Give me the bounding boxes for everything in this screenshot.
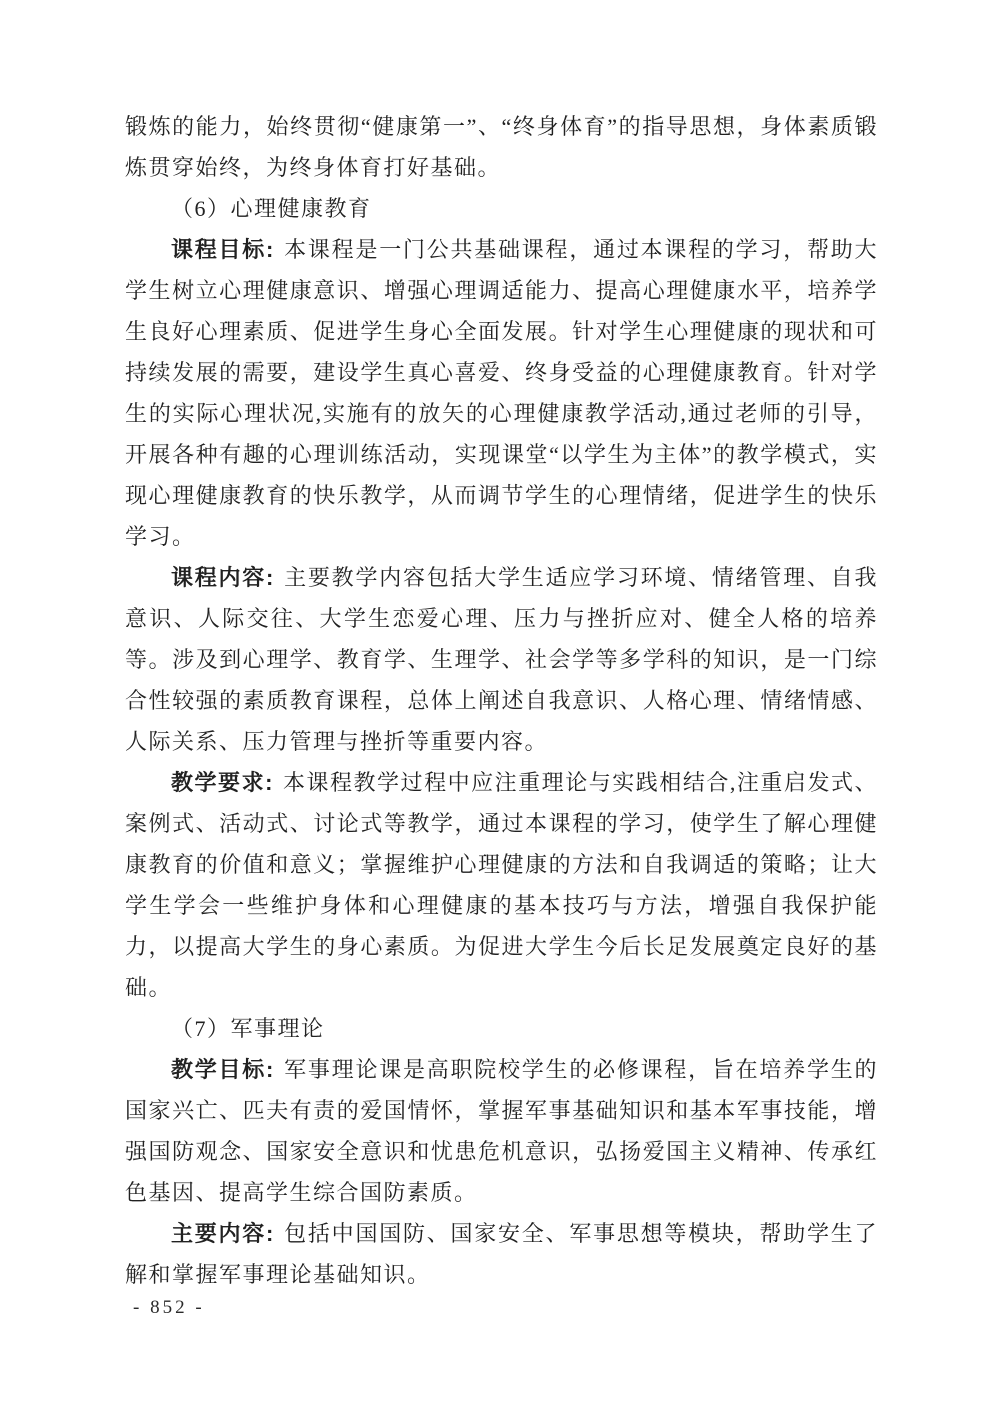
- paragraph-text: 锻炼的能力，始终贯彻“健康第一”、“终身体育”的指导思想，身体素质锻炼贯穿始终，…: [125, 114, 878, 180]
- section-heading-text: （6）心理健康教育: [171, 196, 372, 221]
- paragraph-continuation: 锻炼的能力，始终贯彻“健康第一”、“终身体育”的指导思想，身体素质锻炼贯穿始终，…: [125, 106, 878, 188]
- paragraph-label: 课程内容:: [171, 565, 275, 590]
- section-heading-7: （7）军事理论: [125, 1008, 878, 1049]
- paragraph-teaching-goal: 教学目标:军事理论课是高职院校学生的必修课程，旨在培养学生的国家兴亡、匹夫有责的…: [125, 1049, 878, 1213]
- paragraph-main-content: 主要内容:包括中国国防、国家安全、军事思想等模块，帮助学生了解和掌握军事理论基础…: [125, 1213, 878, 1295]
- paragraph-text: 主要教学内容包括大学生适应学习环境、情绪管理、自我意识、人际交往、大学生恋爱心理…: [125, 565, 878, 754]
- section-heading-text: （7）军事理论: [171, 1016, 325, 1041]
- paragraph-text: 本课程教学过程中应注重理论与实践相结合,注重启发式、案例式、活动式、讨论式等教学…: [125, 770, 878, 1000]
- paragraph-label: 主要内容:: [171, 1221, 275, 1246]
- paragraph-teaching-requirements: 教学要求:本课程教学过程中应注重理论与实践相结合,注重启发式、案例式、活动式、讨…: [125, 762, 878, 1008]
- page-number: - 852 -: [133, 1297, 205, 1319]
- paragraph-label: 教学要求:: [171, 770, 274, 795]
- paragraph-course-content: 课程内容:主要教学内容包括大学生适应学习环境、情绪管理、自我意识、人际交往、大学…: [125, 557, 878, 762]
- document-body: 锻炼的能力，始终贯彻“健康第一”、“终身体育”的指导思想，身体素质锻炼贯穿始终，…: [125, 106, 878, 1295]
- paragraph-course-goal: 课程目标:本课程是一门公共基础课程，通过本课程的学习，帮助大学生树立心理健康意识…: [125, 229, 878, 557]
- paragraph-label: 教学目标:: [171, 1057, 275, 1082]
- paragraph-label: 课程目标:: [171, 237, 275, 262]
- section-heading-6: （6）心理健康教育: [125, 188, 878, 229]
- document-page: 锻炼的能力，始终贯彻“健康第一”、“终身体育”的指导思想，身体素质锻炼贯穿始终，…: [0, 0, 1000, 1414]
- paragraph-text: 本课程是一门公共基础课程，通过本课程的学习，帮助大学生树立心理健康意识、增强心理…: [125, 237, 878, 549]
